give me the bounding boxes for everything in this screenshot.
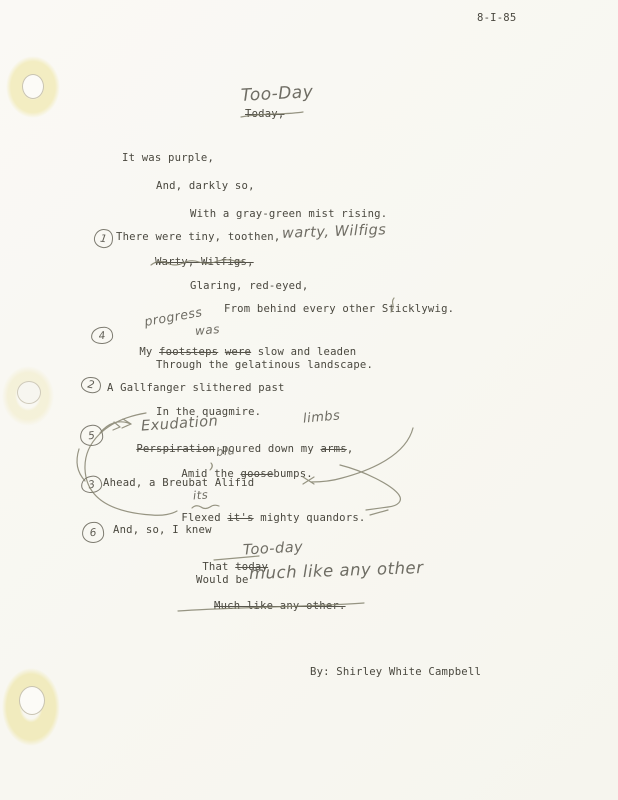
line-15-pre: Flexed — [181, 512, 227, 524]
struck-line-much-like: Much like any other. — [214, 600, 346, 612]
date-stamp: 8-I-85 — [477, 12, 516, 24]
poem-line-10: A Gallfanger slithered past — [107, 382, 285, 394]
struck-perspiration: Perspiration — [136, 443, 215, 455]
circled-number-2: 2 — [80, 375, 102, 394]
poem-line-3: With a gray-green mist rising. — [190, 208, 387, 220]
poem-line-14: Ahead, a Breubat Alifid — [103, 477, 254, 489]
circled-number-5: 5 — [79, 424, 105, 448]
handwritten-limbs: limbs — [302, 408, 341, 426]
line-8-pre: My — [139, 346, 159, 358]
poem-line-16: And, so, I knew — [113, 524, 212, 536]
poem-line-18: Would be — [196, 574, 249, 586]
struck-footsteps: footsteps — [159, 346, 218, 358]
line-12-comma: , — [347, 443, 354, 455]
line-8-post: slow and leaden — [251, 346, 356, 358]
scanned-poem-page: 8-I-85 Too-Day Today, It was purple, And… — [0, 0, 618, 800]
byline: By: Shirley White Campbell — [310, 666, 481, 678]
circled-number-4: 4 — [90, 326, 114, 345]
struck-typed-title: Today, — [245, 108, 284, 120]
hole-middle-center — [17, 381, 41, 404]
line-8-space — [218, 346, 225, 358]
struck-line-warty: Warty, Wilfigs, — [155, 256, 254, 268]
stanza-swap-inner-arc — [77, 449, 85, 481]
line-15-post: mighty quandors. — [254, 512, 366, 524]
poem-line-7: From behind every other Sticklywig. — [224, 303, 454, 315]
swap-arrowhead-quandors — [366, 507, 388, 515]
handwritten-title: Too-Day — [241, 82, 314, 106]
circled-number-1: 1 — [93, 228, 114, 249]
struck-arms: arms — [321, 443, 347, 455]
hole-top-center — [22, 74, 44, 99]
handwritten-warty-wilfigs: warty, Wilfigs — [282, 222, 387, 242]
poem-line-1: It was purple, — [122, 152, 214, 164]
line-17-pre: That — [202, 561, 235, 573]
circled-number-6: 6 — [81, 521, 105, 544]
poem-line-6: Glaring, red-eyed, — [190, 280, 308, 292]
struck-were: were — [225, 346, 251, 358]
hole-bottom-center — [19, 686, 45, 715]
handwritten-too-day: Too-day — [243, 539, 304, 558]
arrow-to-exudation-head — [113, 419, 131, 430]
poem-line-2: And, darkly so, — [156, 180, 255, 192]
poem-line-9: Through the gelatinous landscape. — [156, 359, 373, 371]
handwritten-much-like-any-other: much like any other — [249, 558, 424, 583]
line-13-post: bumps. — [273, 468, 312, 480]
struck-its-typed: it's — [227, 512, 253, 524]
pencil-marks-overlay — [0, 0, 618, 800]
poem-line-4: There were tiny, toothen, — [116, 231, 280, 243]
circled-number-3: 3 — [80, 474, 104, 494]
